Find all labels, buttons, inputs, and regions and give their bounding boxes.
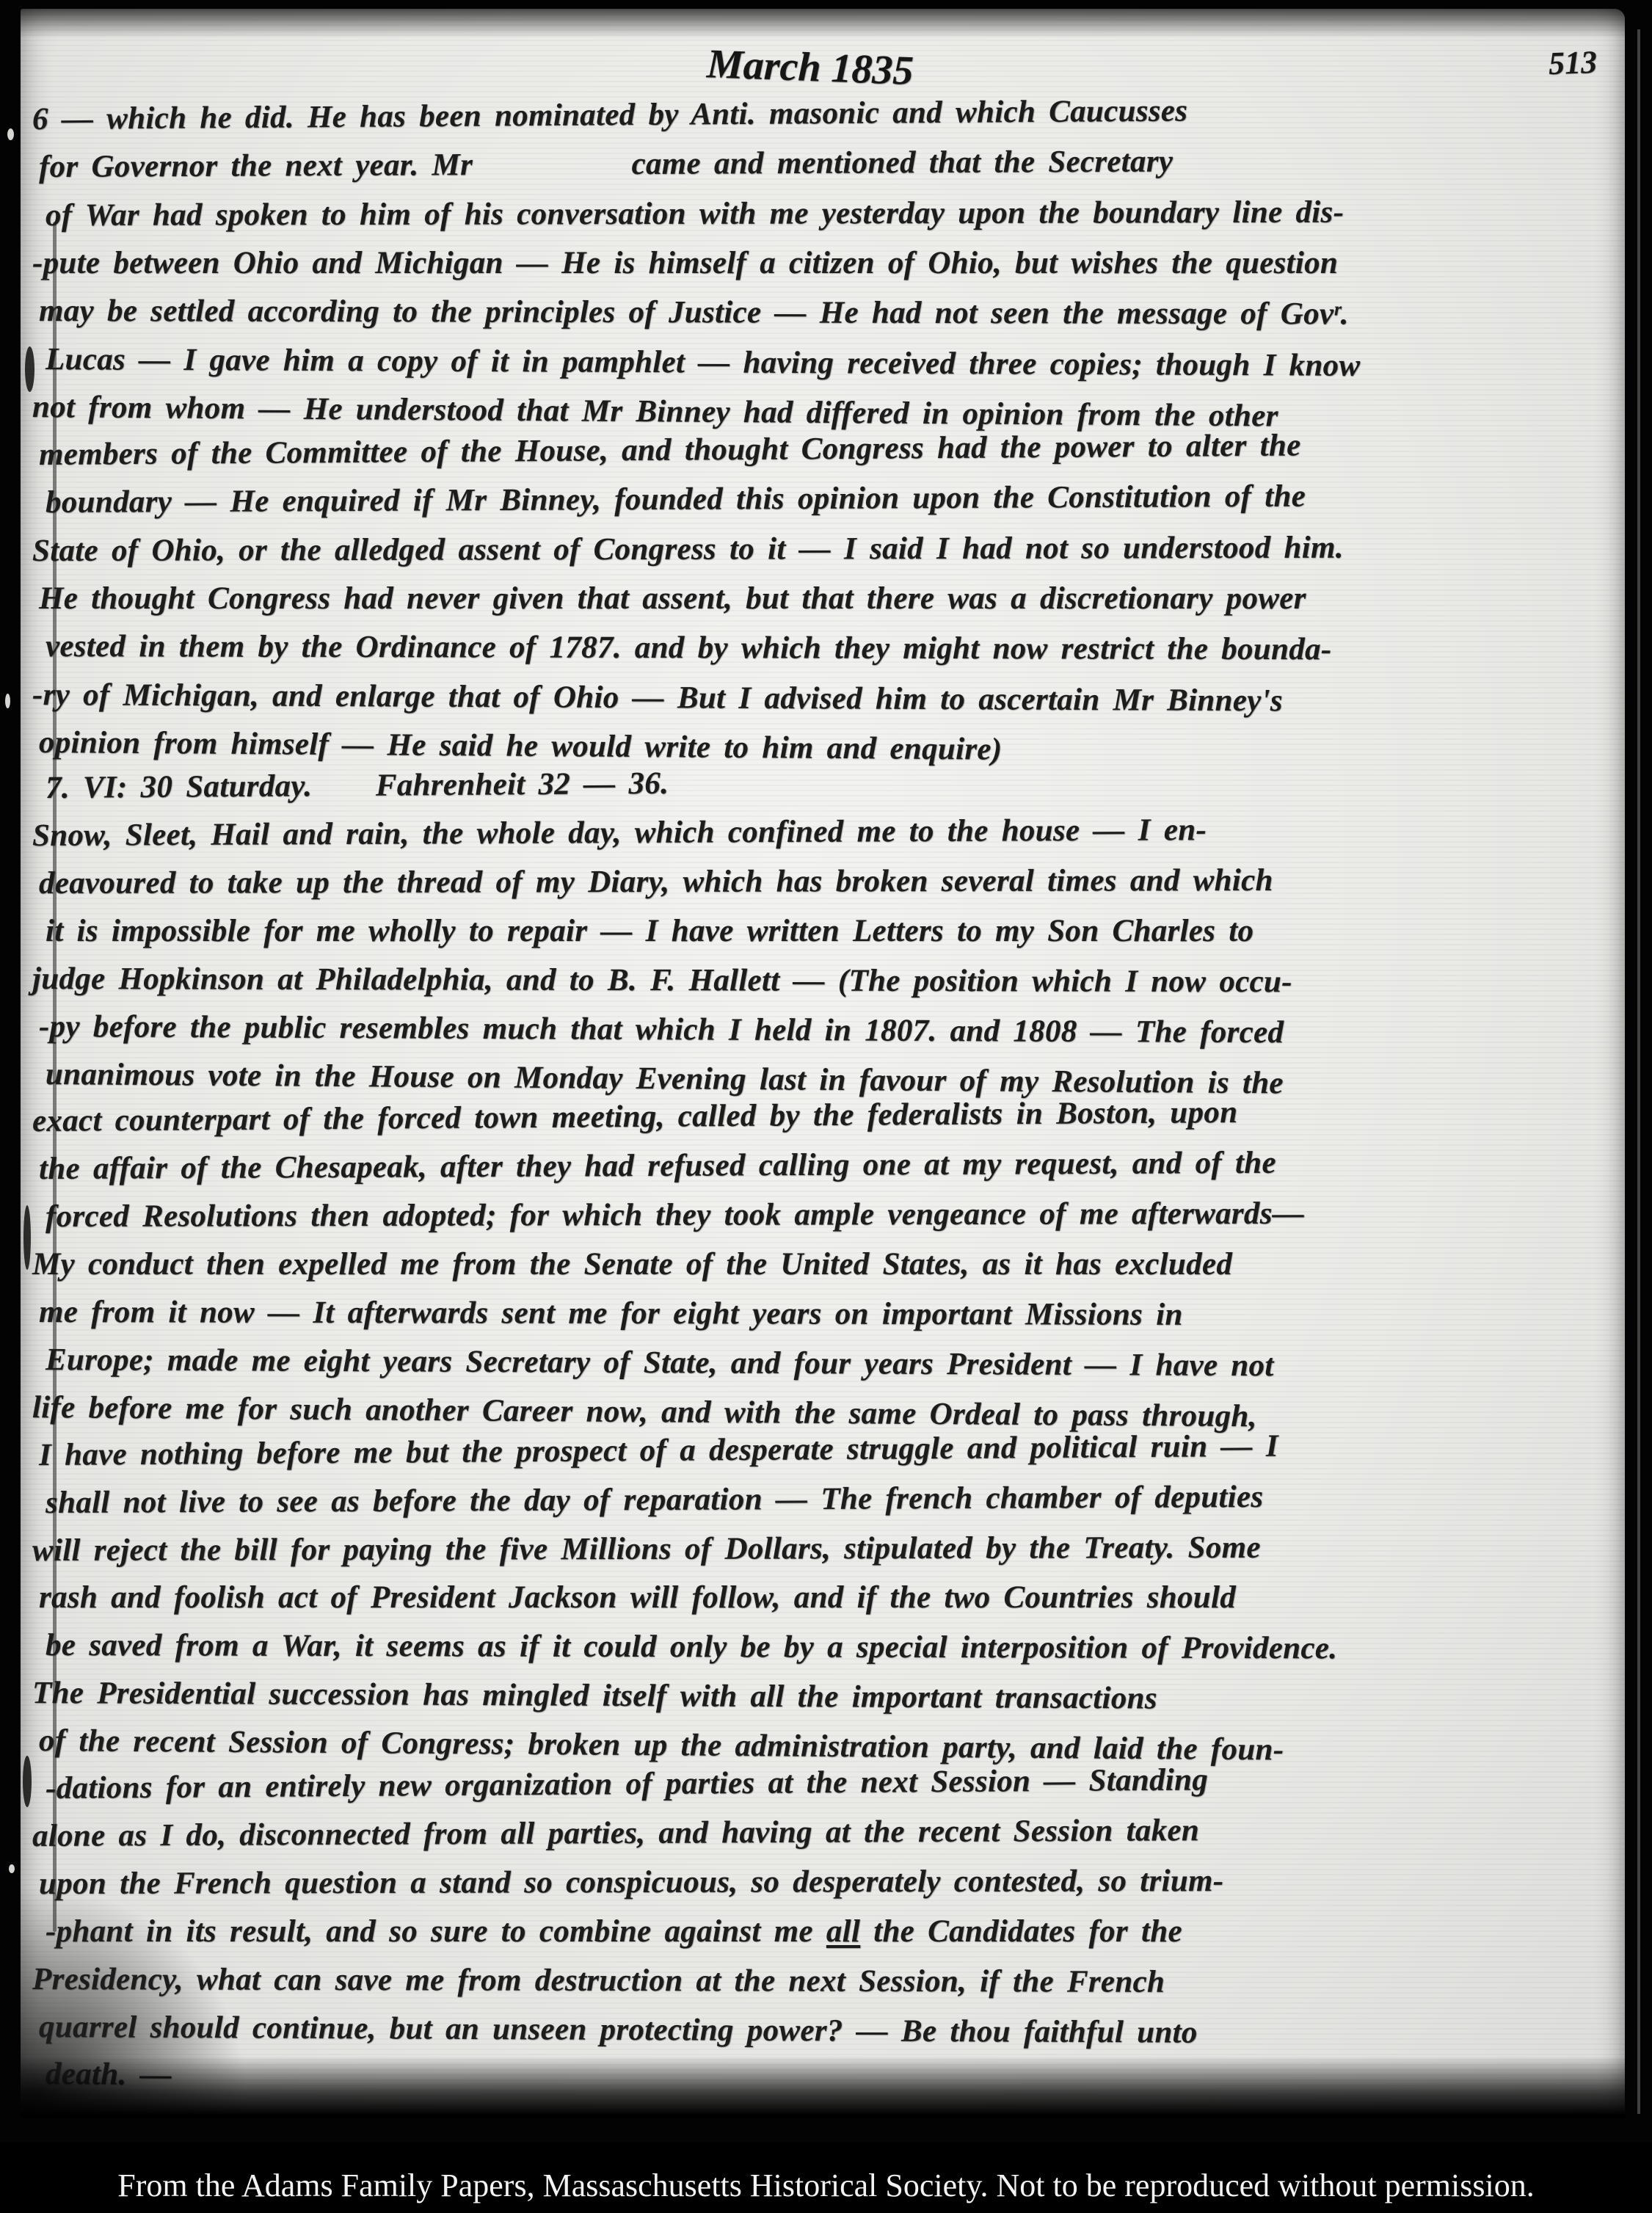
manuscript-line: me from it now — It afterwards sent me f… [39, 1296, 1183, 1331]
manuscript-line: alone as I do, disconnected from all par… [32, 1814, 1199, 1852]
scan-speck [5, 694, 10, 708]
manuscript-line: My conduct then expelled me from the Sen… [32, 1249, 1232, 1280]
manuscript-line: I have nothing before me but the prospec… [39, 1430, 1278, 1470]
manuscript-line: forced Resolutions then adopted; for whi… [46, 1198, 1304, 1232]
manuscript-line: life before me for such another Career n… [32, 1392, 1257, 1432]
scan-speck [9, 1864, 15, 1873]
manuscript-line: He thought Congress had never given that… [39, 583, 1306, 614]
manuscript-line: members of the Committee of the House, a… [39, 429, 1301, 470]
manuscript-line: The Presidential succession has mingled … [32, 1677, 1157, 1714]
manuscript-line: of War had spoken to him of his conversa… [46, 196, 1344, 230]
manuscript-line: may be settled according to the principl… [39, 295, 1349, 330]
manuscript-line: exact counterpart of the forced town mee… [32, 1097, 1238, 1137]
manuscript-line: -py before the public resembles much tha… [39, 1011, 1284, 1048]
manuscript-line: it is impossible for me wholly to repair… [46, 915, 1253, 947]
manuscript-line: boundary — He enquired if Mr Binney, fou… [46, 481, 1306, 518]
manuscript-line: upon the French question a stand so cons… [39, 1865, 1223, 1900]
manuscript-line: will reject the bill for paying the five… [32, 1531, 1261, 1566]
manuscript-line: not from whom — He understood that Mr Bi… [32, 391, 1278, 432]
manuscript-line: judge Hopkinson at Philadelphia, and to … [32, 963, 1292, 998]
manuscript-line: quarrel should continue, but an unseen p… [39, 2011, 1198, 2049]
manuscript-line: Lucas — I gave him a copy of it in pamph… [46, 344, 1361, 382]
manuscript-line: -dations for an entirely new organizatio… [46, 1764, 1208, 1804]
manuscript-paper: March 1835 513 6 — which he did. He has … [21, 9, 1625, 2117]
manuscript-line: the affair of the Chesapeak, after they … [39, 1147, 1276, 1185]
manuscript-line: deavoured to take up the thread of my Di… [39, 865, 1273, 899]
manuscript-line: Snow, Sleet, Hail and rain, the whole da… [32, 814, 1207, 851]
manuscript-lines: 6 — which he did. He has been nominated … [21, 9, 1625, 2117]
manuscript-line: Presidency, what can save me from destru… [32, 1963, 1165, 1998]
manuscript-line: unanimous vote in the House on Monday Ev… [46, 1058, 1284, 1099]
scan-bottom-fade [21, 2056, 1625, 2118]
manuscript-line: State of Ohio, or the alledged assent of… [32, 531, 1344, 566]
scanned-diary-page: March 1835 513 6 — which he did. He has … [0, 0, 1652, 2213]
manuscript-line: -phant in its result, and so sure to com… [46, 1916, 1182, 1947]
scan-spine-line [1637, 29, 1640, 2114]
manuscript-line: Europe; made me eight years Secretary of… [46, 1344, 1274, 1381]
manuscript-line: -pute between Ohio and Michigan — He is … [32, 247, 1338, 279]
manuscript-line: 6 — which he did. He has been nominated … [32, 95, 1188, 135]
underlined-word: all [826, 1914, 860, 1949]
manuscript-line: opinion from himself — He said he would … [39, 727, 1003, 766]
caption-bar: From the Adams Family Papers, Massaschus… [0, 2143, 1652, 2213]
scan-speck [7, 128, 14, 140]
manuscript-line: 7. VI: 30 Saturday. Fahrenheit 32 — 36. [46, 768, 669, 804]
archive-caption: From the Adams Family Papers, Massaschus… [0, 2167, 1652, 2204]
manuscript-line: -ry of Michigan, and enlarge that of Ohi… [32, 679, 1283, 716]
manuscript-line: shall not live to see as before the day … [46, 1480, 1264, 1518]
manuscript-line: vested in them by the Ordinance of 1787.… [46, 631, 1332, 665]
manuscript-line: be saved from a War, it seems as if it c… [46, 1629, 1337, 1664]
manuscript-line: for Governor the next year. Mr came and … [39, 146, 1173, 183]
manuscript-line: rash and foolish act of President Jackso… [39, 1582, 1236, 1613]
manuscript-line: of the recent Session of Congress; broke… [39, 1725, 1284, 1765]
